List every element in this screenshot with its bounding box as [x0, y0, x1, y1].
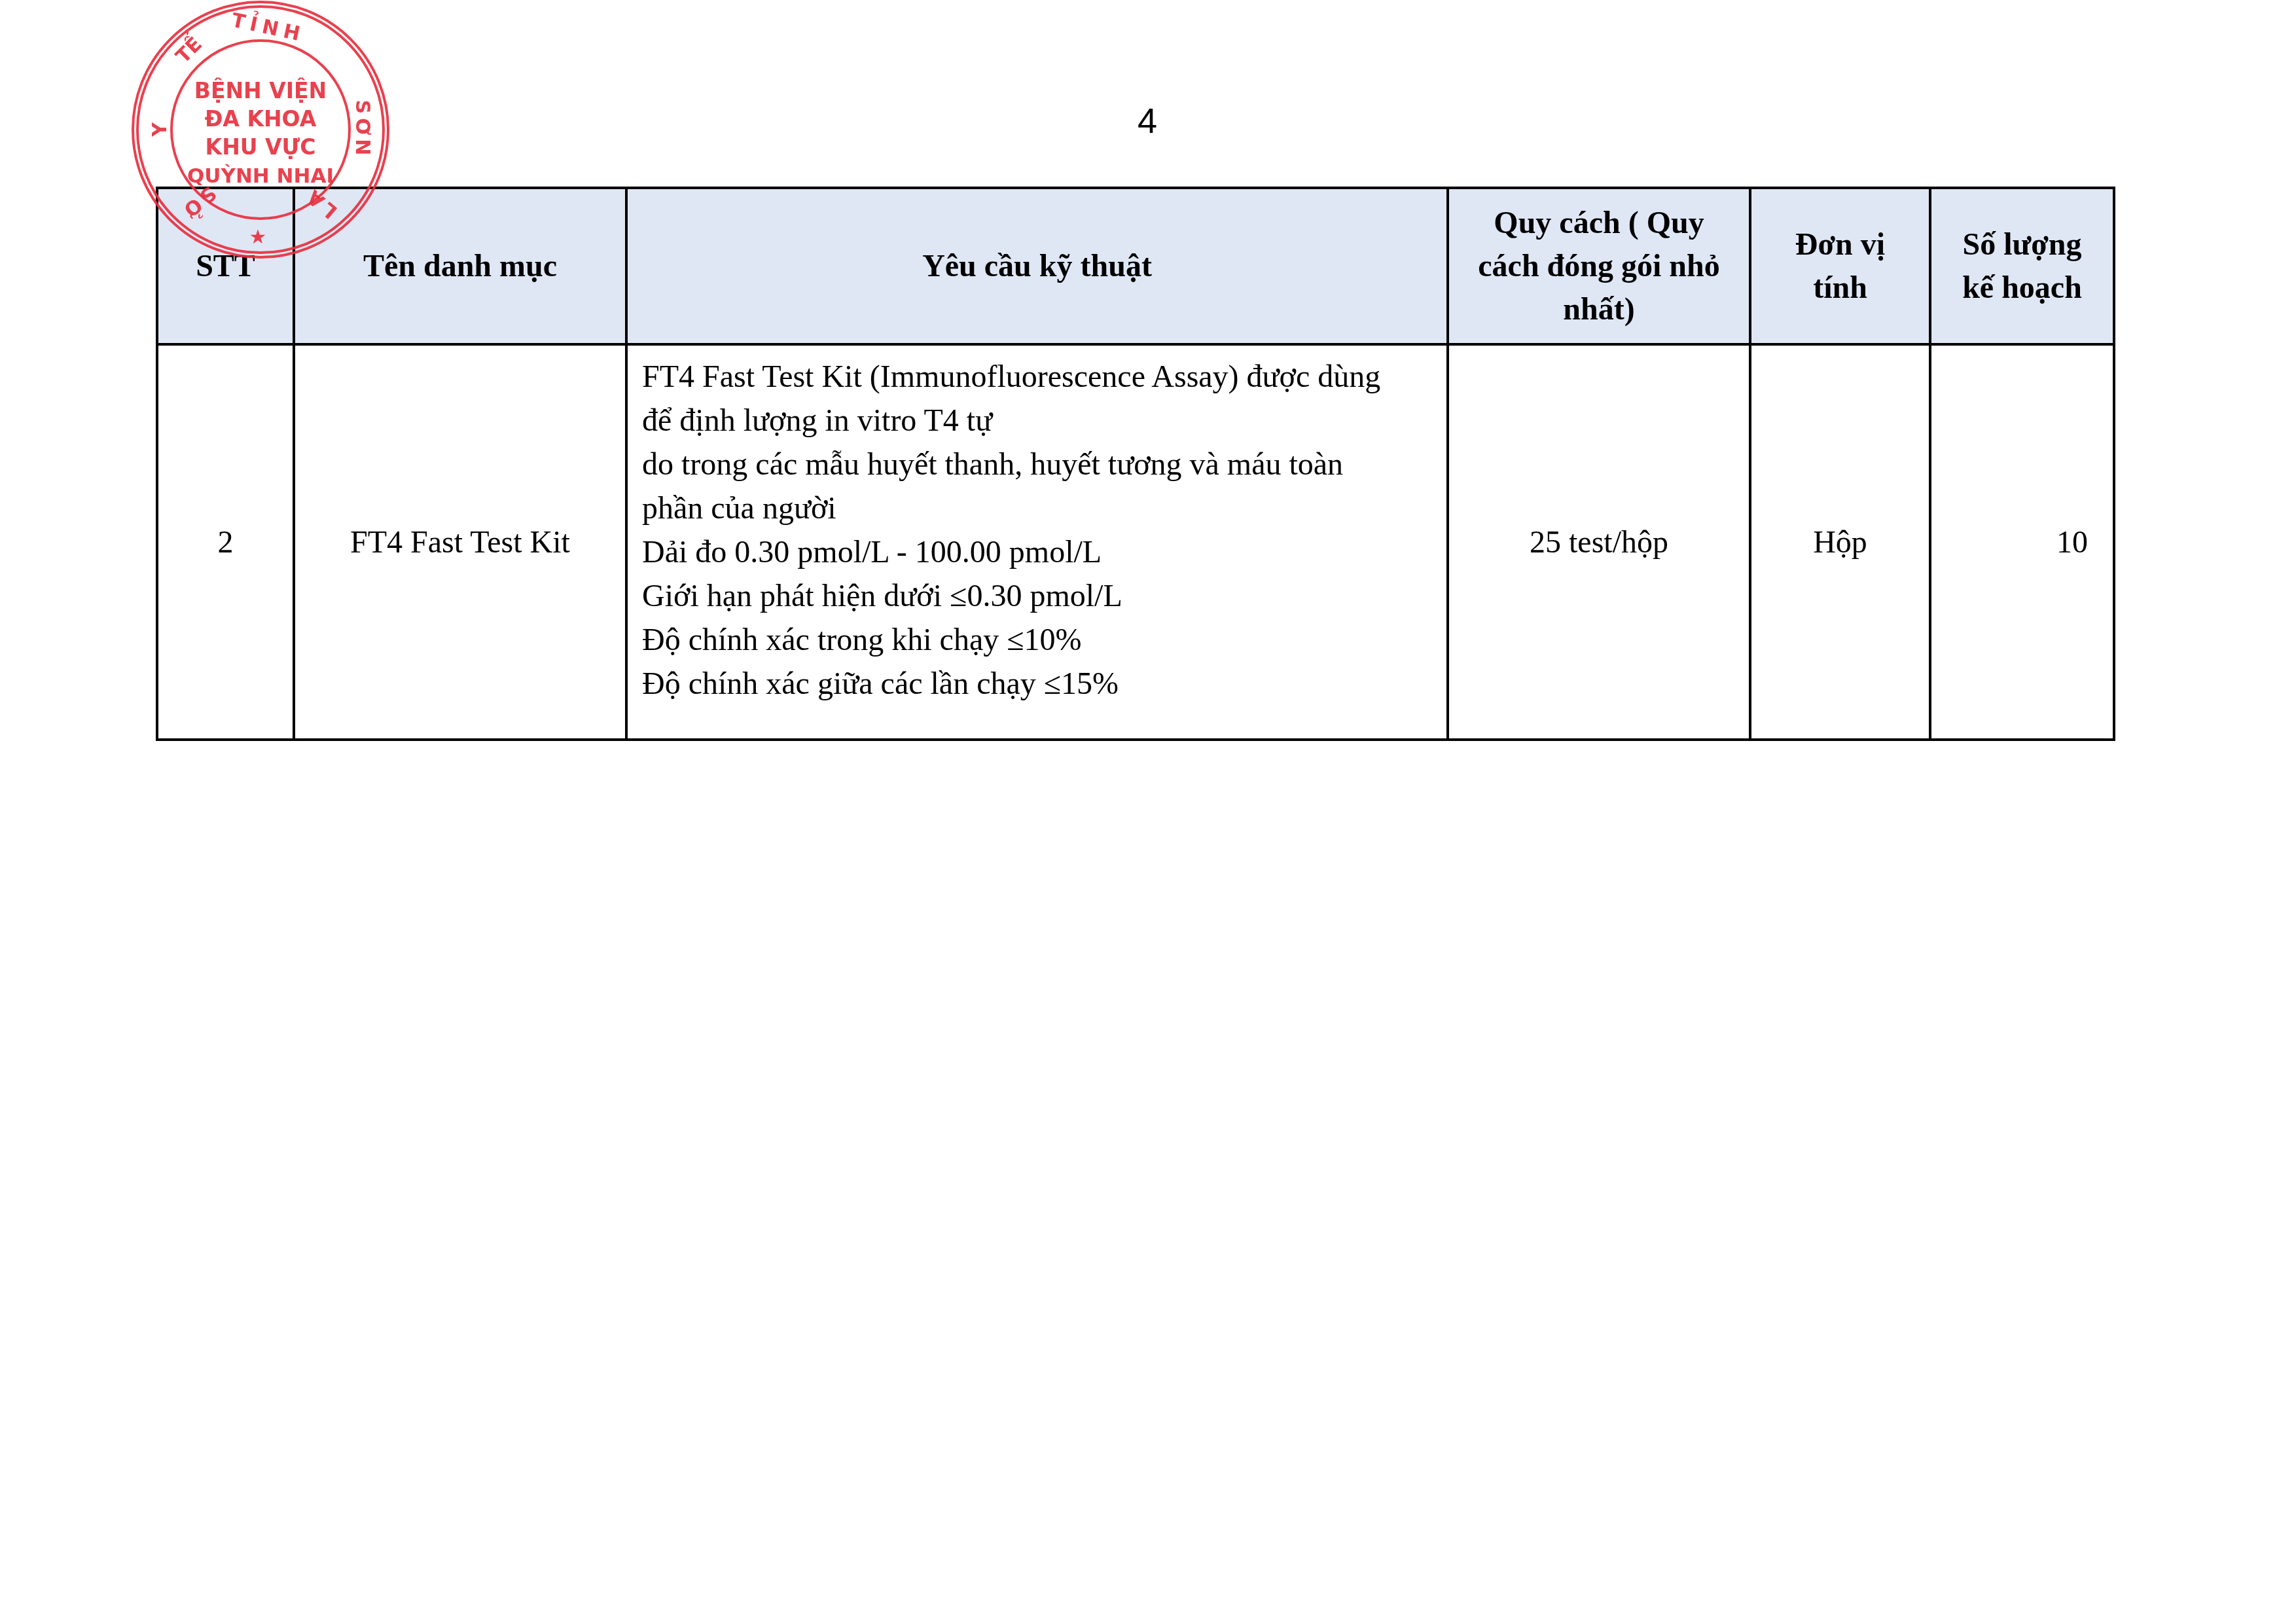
- spec-line: Độ chính xác trong khi chạy ≤10%: [642, 618, 1432, 662]
- spec-line: phần của người: [642, 486, 1432, 530]
- table-row: 2 FT4 Fast Test Kit FT4 Fast Test Kit (I…: [157, 344, 2114, 740]
- cell-packing-spec: 25 test/hộp: [1448, 344, 1750, 740]
- header-technical-requirements: Yêu cầu kỹ thuật: [626, 188, 1448, 344]
- cell-unit: Hộp: [1750, 344, 1930, 740]
- page-number: 4: [1115, 98, 1180, 144]
- seal-text-y: Y: [149, 122, 171, 137]
- seal-center-line: ĐA KHOA: [205, 106, 317, 132]
- header-unit: Đơn vị tính: [1750, 188, 1930, 344]
- table-header-row: STT Tên danh mục Yêu cầu kỹ thuật Quy cá…: [157, 188, 2114, 344]
- header-stt: STT: [157, 188, 294, 344]
- seal-text-te: TẾ: [170, 30, 207, 68]
- procurement-spec-table: STT Tên danh mục Yêu cầu kỹ thuật Quy cá…: [156, 187, 2115, 741]
- spec-line: FT4 Fast Test Kit (Immunofluorescence As…: [642, 355, 1432, 399]
- seal-text-tinh: TỈNH: [230, 7, 308, 47]
- cell-technical-requirements: FT4 Fast Test Kit (Immunofluorescence As…: [626, 344, 1448, 740]
- cell-planned-quantity: 10: [1930, 344, 2114, 740]
- spec-line: để định lượng in vitro T4 tự: [642, 399, 1432, 442]
- cell-item-name: FT4 Fast Test Kit: [294, 344, 626, 740]
- seal-center-line: QUỲNH NHAI: [187, 164, 334, 188]
- header-planned-quantity-label: Số lượng kế hoạch: [1962, 227, 2082, 305]
- seal-text-son: SƠN: [351, 100, 374, 160]
- seal-center-line: BỆNH VIỆN: [194, 77, 327, 103]
- spec-line: Độ chính xác giữa các lần chạy ≤15%: [642, 662, 1432, 706]
- spec-line: Dải đo 0.30 pmol/L - 100.00 pmol/L: [642, 530, 1432, 574]
- header-unit-label: Đơn vị tính: [1795, 227, 1885, 305]
- header-packing-spec-label: Quy cách ( Quy cách đóng gói nhỏ nhất): [1478, 206, 1719, 327]
- seal-center-line: KHU VỰC: [206, 134, 316, 160]
- header-item-name: Tên danh mục: [294, 188, 626, 344]
- header-packing-spec: Quy cách ( Quy cách đóng gói nhỏ nhất): [1448, 188, 1750, 344]
- header-planned-quantity: Số lượng kế hoạch: [1930, 188, 2114, 344]
- spec-line: Giới hạn phát hiện dưới ≤0.30 pmol/L: [642, 574, 1432, 618]
- spec-line: do trong các mẫu huyết thanh, huyết tươn…: [642, 442, 1432, 486]
- cell-stt: 2: [157, 344, 294, 740]
